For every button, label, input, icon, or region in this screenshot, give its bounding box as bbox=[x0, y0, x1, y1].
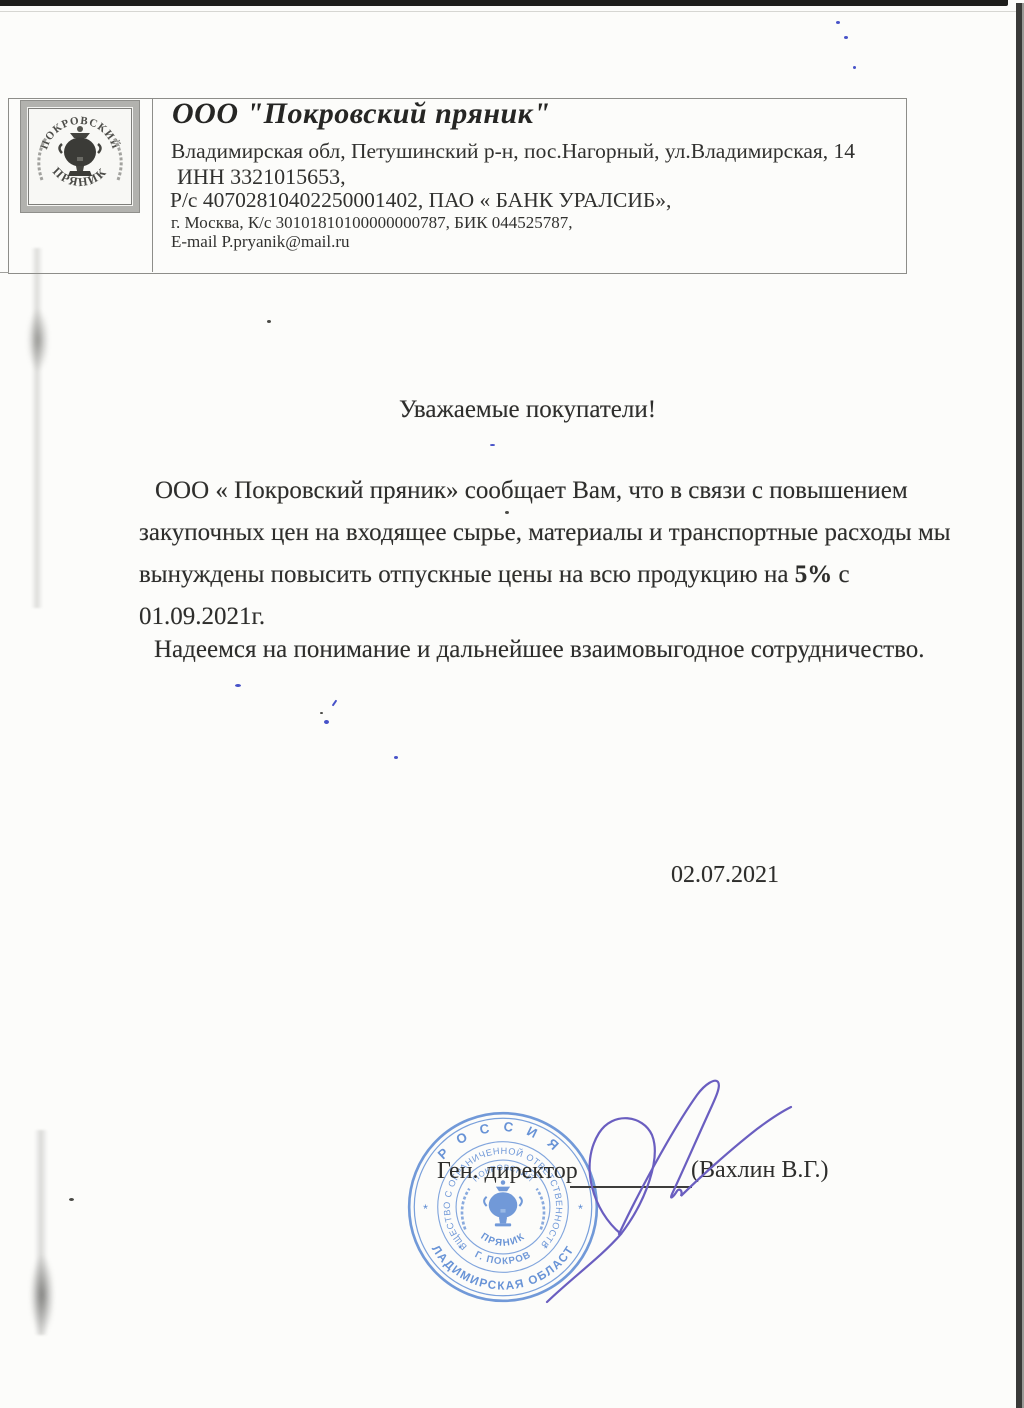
svg-text:ПРЯНИК: ПРЯНИК bbox=[479, 1231, 528, 1249]
stamp-middle-bottom-text: Г. ПОКРОВ bbox=[473, 1249, 533, 1267]
scan-speck bbox=[235, 684, 241, 687]
bank-account-line: Р/с 40702810402250001402, ПАО « БАНК УРА… bbox=[170, 188, 671, 213]
company-logo: ПОКРОВСКИЙ ПРЯНИК bbox=[20, 100, 140, 213]
scan-line-top bbox=[0, 11, 1024, 12]
scan-streak-left-upper bbox=[31, 248, 43, 608]
salutation: Уважаемые покупатели! bbox=[399, 396, 656, 424]
handwritten-signature bbox=[535, 1065, 805, 1320]
scan-speck bbox=[394, 756, 398, 759]
closing-line: Надеемся на понимание и дальнейшее взаим… bbox=[154, 636, 925, 664]
stamp-laurel-left bbox=[462, 1189, 469, 1230]
letterhead-divider bbox=[152, 99, 153, 272]
scan-speck bbox=[853, 66, 856, 69]
stamp-samovar-icon bbox=[484, 1180, 522, 1226]
body-line-2: закупочных цен на входящее сырье, матери… bbox=[139, 519, 951, 547]
body-line-1: ООО « Покровский пряник» сообщает Вам, ч… bbox=[155, 477, 908, 505]
letter-date: 02.07.2021 bbox=[671, 862, 779, 889]
scan-speck bbox=[490, 444, 495, 446]
company-name: ООО "Покровский пряник" bbox=[172, 97, 551, 131]
scan-speck bbox=[267, 320, 271, 323]
scanned-letter-page: ПОКРОВСКИЙ ПРЯНИК ООО "Покровский пряник… bbox=[0, 0, 1024, 1408]
scan-speck bbox=[844, 36, 848, 39]
scan-smudge-left-lower bbox=[30, 1255, 54, 1335]
body-line-3-tail: с bbox=[832, 561, 849, 588]
body-line-3: вынуждены повысить отпускные цены на всю… bbox=[139, 561, 850, 589]
scan-speck bbox=[505, 511, 509, 514]
price-increase-percent: 5% bbox=[795, 561, 833, 588]
address-line: Владимирская обл, Петушинский р-н, пос.Н… bbox=[171, 139, 855, 164]
effective-date-line: 01.09.2021г. bbox=[139, 603, 265, 631]
scan-edge-top bbox=[0, 0, 1008, 6]
scan-speck bbox=[324, 720, 329, 724]
stamp-star-bottom-left: * bbox=[458, 1243, 463, 1255]
svg-text:Г. ПОКРОВ: Г. ПОКРОВ bbox=[473, 1249, 533, 1267]
body-line-3-text: вынуждены повысить отпускные цены на всю… bbox=[139, 561, 795, 588]
scan-speck bbox=[320, 712, 323, 714]
letterhead-box-bottom-extension bbox=[0, 272, 9, 273]
scan-speck bbox=[332, 700, 338, 707]
inn-line: ИНН 3321015653, bbox=[177, 164, 346, 190]
email-line: E-mail P.pryanik@mail.ru bbox=[171, 232, 350, 252]
stamp-inner-bottom-text: ПРЯНИК bbox=[479, 1231, 528, 1249]
stamp-star-left: * bbox=[423, 1202, 428, 1216]
bank-details-line: г. Москва, К/с 30101810100000000787, БИК… bbox=[171, 213, 573, 233]
scan-speck bbox=[836, 21, 840, 24]
scan-smudge-left-upper bbox=[27, 308, 49, 372]
scan-speck bbox=[69, 1198, 74, 1201]
